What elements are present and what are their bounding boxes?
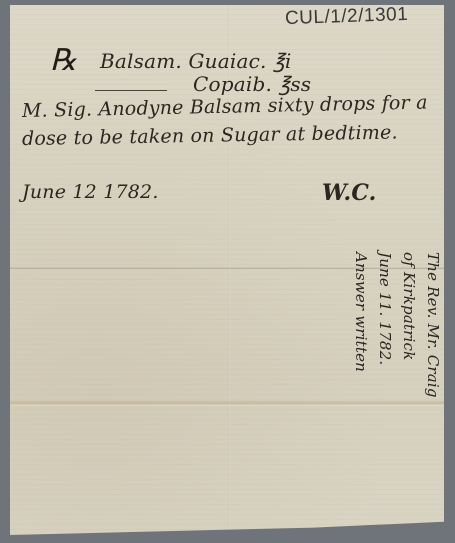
- letter-date: June 12 1782.: [22, 181, 159, 203]
- prescription-line-1: Balsam. Guaiac. ℥i: [100, 49, 291, 73]
- archive-shelfmark: CUL/1/2/1301: [285, 4, 409, 30]
- prescription-line-2: Copaib. ℥ss: [193, 72, 311, 96]
- endorsement-line-2: of Kirkpatrick: [397, 252, 421, 392]
- horizontal-fold-lower: [10, 400, 444, 406]
- underline-rule: [95, 90, 167, 91]
- endorsement-line-4: Answer written: [349, 252, 373, 392]
- endorsement-block: The Rev. Mr. Craig of Kirkpatrick June 1…: [345, 252, 445, 392]
- signature-initials: W.C.: [322, 180, 377, 206]
- rx-symbol-icon: ℞: [50, 43, 77, 78]
- endorsement-line-1: The Rev. Mr. Craig: [421, 252, 445, 392]
- endorsement-line-3: June 11. 1782.: [373, 252, 397, 392]
